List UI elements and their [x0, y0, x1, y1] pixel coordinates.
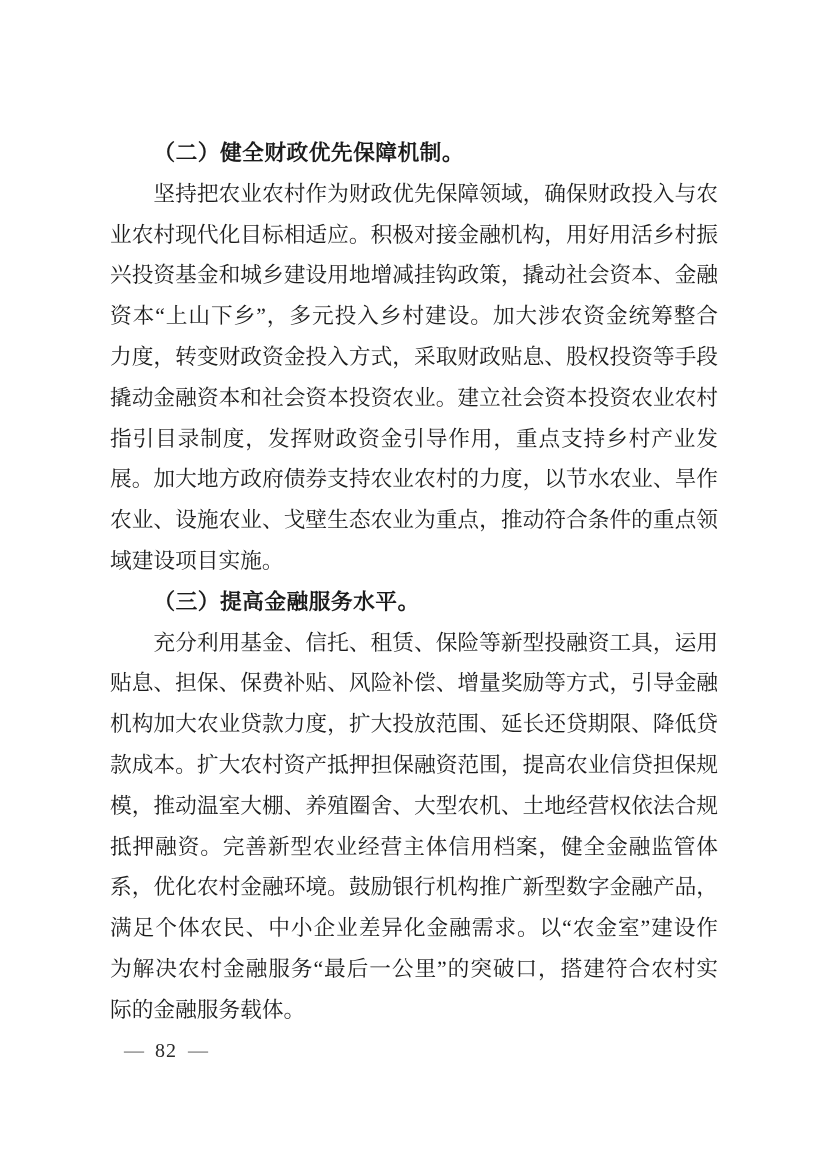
text-line: 款成本。扩大农村资产抵押担保融资范围，提高农业信贷担保规 — [110, 745, 718, 786]
footer-right-dash: — — [188, 1034, 208, 1068]
document-page: （二）健全财政优先保障机制。 坚持把农业农村作为财政优先保障领域，确保财政投入与… — [0, 0, 826, 1169]
text-line: 业农村现代化目标相适应。积极对接金融机构，用好用活乡村振 — [110, 215, 718, 256]
text-line: 机构加大农业贷款力度，扩大投放范围、延长还贷期限、降低贷 — [110, 704, 718, 745]
text-line: 展。加大地方政府债券支持农业农村的力度，以节水农业、旱作 — [110, 459, 718, 500]
text-line: 模，推动温室大棚、养殖圈舍、大型农机、土地经营权依法合规 — [110, 786, 718, 827]
footer-left-dash: — — [124, 1034, 144, 1068]
page-number: 82 — [155, 1031, 177, 1071]
text-line: 撬动金融资本和社会资本投资农业。建立社会资本投资农业农村 — [110, 378, 718, 419]
text-line: 指引目录制度，发挥财政资金引导作用，重点支持乡村产业发 — [110, 419, 718, 460]
section-heading-2: （二）健全财政优先保障机制。 — [110, 133, 718, 174]
text-line: 充分利用基金、信托、租赁、保险等新型投融资工具，运用 — [110, 623, 718, 664]
text-line: 系，优化农村金融环境。鼓励银行机构推广新型数字金融产品， — [110, 867, 718, 908]
text-line: 域建设项目实施。 — [110, 541, 718, 582]
text-line: 为解决农村金融服务“最后一公里”的突破口，搭建符合农村实 — [110, 949, 718, 990]
page-footer: —82— — [124, 1031, 208, 1071]
text-line: 贴息、担保、保费补贴、风险补偿、增量奖励等方式，引导金融 — [110, 663, 718, 704]
document-body: （二）健全财政优先保障机制。 坚持把农业农村作为财政优先保障领域，确保财政投入与… — [110, 133, 718, 1031]
text-line: 际的金融服务载体。 — [110, 990, 718, 1031]
text-line: 满足个体农民、中小企业差异化金融需求。以“农金室”建设作 — [110, 908, 718, 949]
text-line: 农业、设施农业、戈壁生态农业为重点，推动符合条件的重点领 — [110, 500, 718, 541]
text-line: 兴投资基金和城乡建设用地增减挂钩政策，撬动社会资本、金融 — [110, 255, 718, 296]
text-line: 资本“上山下乡”，多元投入乡村建设。加大涉农资金统筹整合 — [110, 296, 718, 337]
text-line: 坚持把农业农村作为财政优先保障领域，确保财政投入与农 — [110, 174, 718, 215]
text-line: 抵押融资。完善新型农业经营主体信用档案，健全金融监管体 — [110, 827, 718, 868]
section-heading-3: （三）提高金融服务水平。 — [110, 582, 718, 623]
text-line: 力度，转变财政资金投入方式，采取财政贴息、股权投资等手段 — [110, 337, 718, 378]
